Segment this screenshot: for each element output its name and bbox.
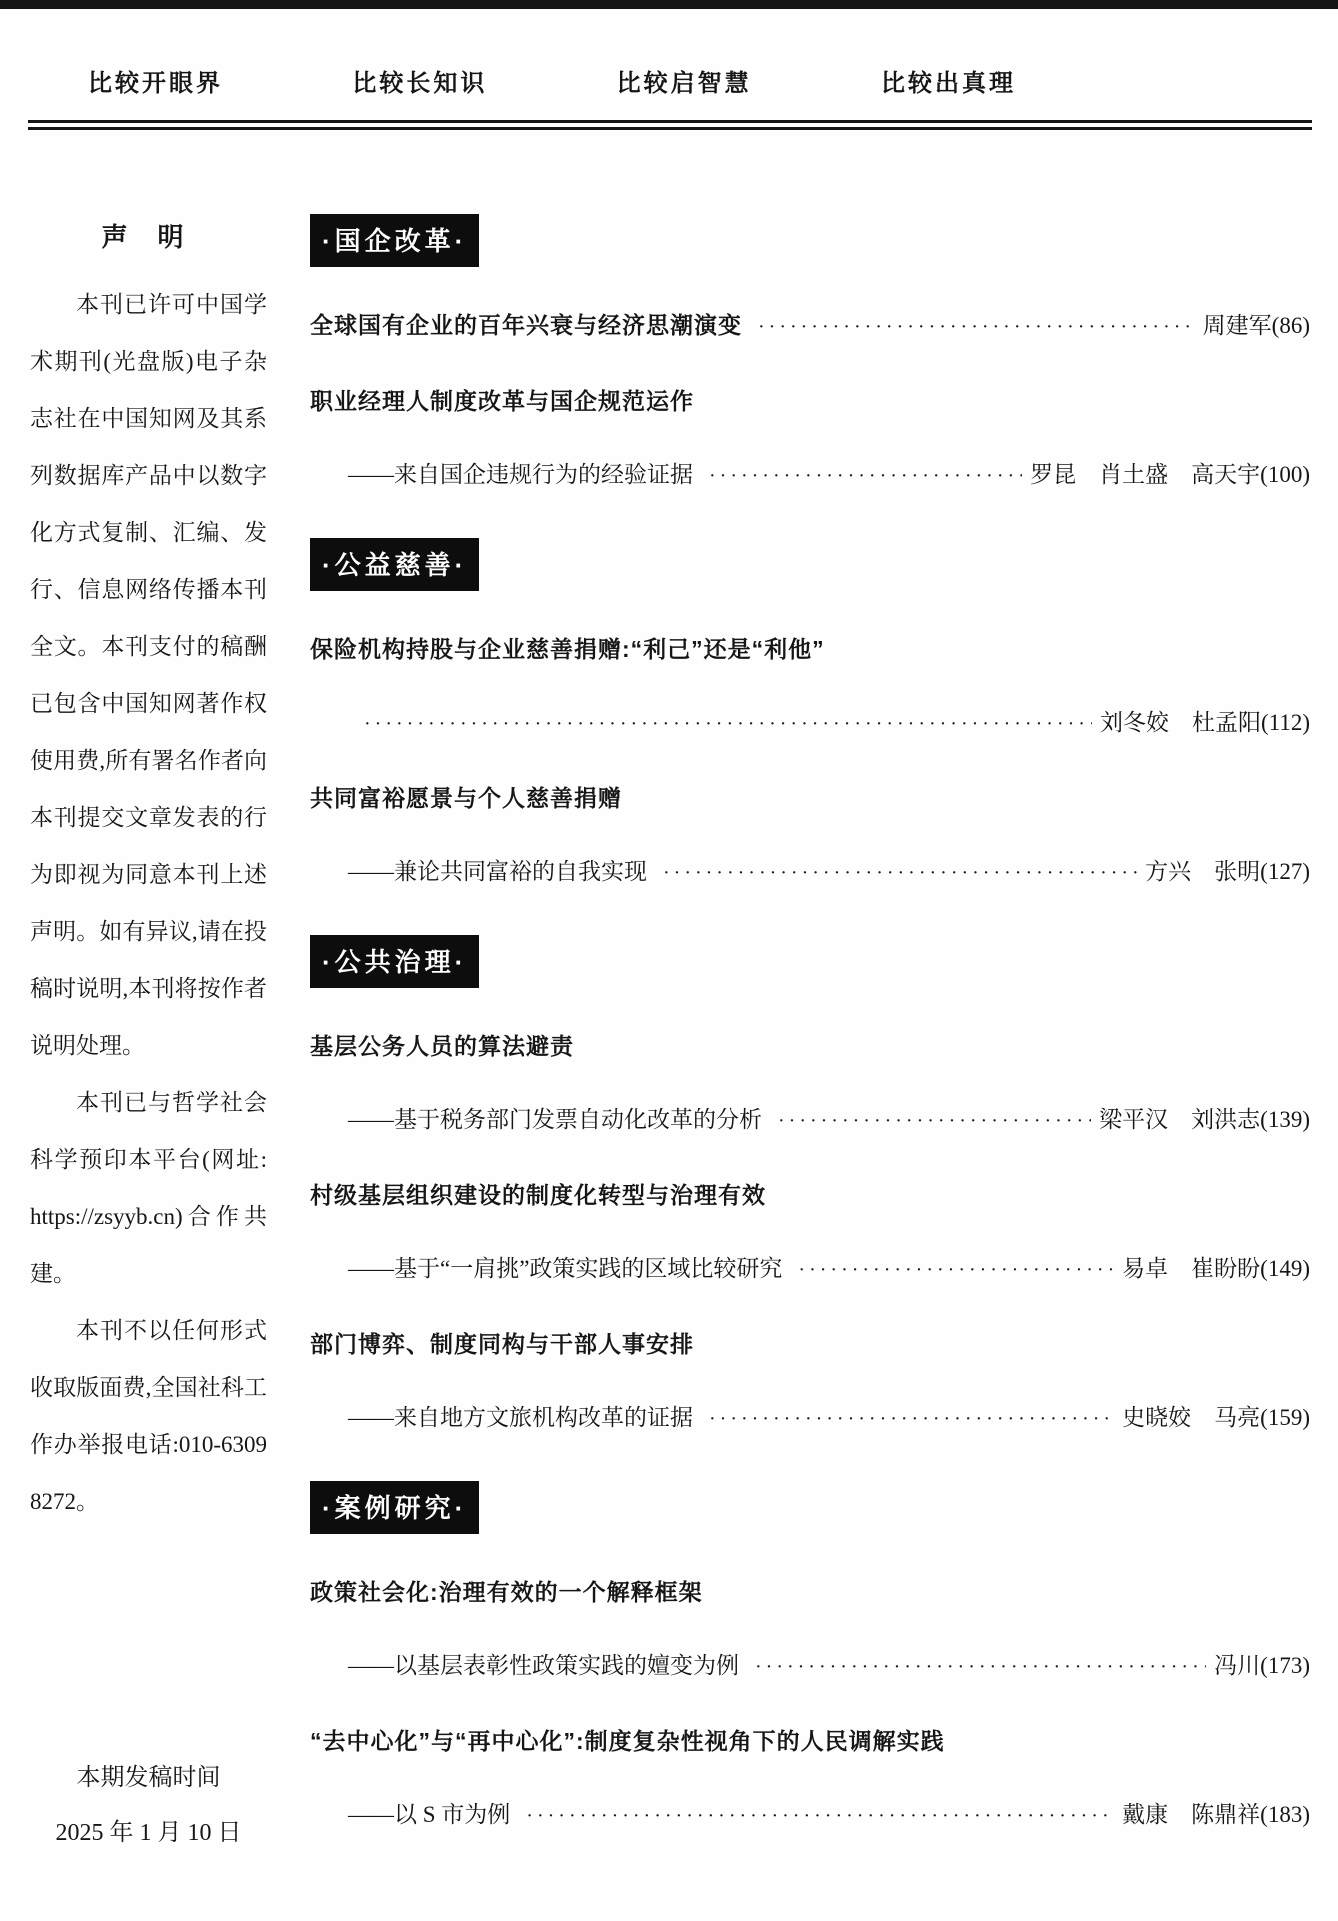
article-authors-page: 周建军(86) <box>1203 310 1310 342</box>
toc-row: ········································… <box>310 707 1310 740</box>
toc-row: 村级基层组织建设的制度化转型与治理有效 <box>310 1179 1310 1211</box>
toc-row: 基层公务人员的算法避责 <box>310 1030 1310 1062</box>
issue-date-block: 本期发稿时间 2025 年 1 月 10 日 <box>30 1751 267 1921</box>
double-rule <box>28 120 1312 130</box>
article-title: 政策社会化:治理有效的一个解释框架 <box>310 1576 703 1608</box>
toc-article: “去中心化”与“再中心化”:制度复杂性视角下的人民调解实践——以 S 市为例··… <box>310 1725 1310 1832</box>
article-subtitle: ——基于税务部门发票自动化改革的分析 <box>348 1104 762 1136</box>
issue-date-label: 本期发稿时间 <box>30 1751 267 1806</box>
toc-article: 村级基层组织建设的制度化转型与治理有效——基于“一肩挑”政策实践的区域比较研究·… <box>310 1179 1310 1286</box>
toc-article: 基层公务人员的算法避责——基于税务部门发票自动化改革的分析···········… <box>310 1030 1310 1137</box>
toc-row: ——基于税务部门发票自动化改革的分析······················… <box>310 1104 1310 1137</box>
toc-row: ——兼论共同富裕的自我实现···························… <box>310 856 1310 889</box>
toc-article: 保险机构持股与企业慈善捐赠:“利己”还是“利他”················… <box>310 633 1310 740</box>
article-title: 共同富裕愿景与个人慈善捐赠 <box>310 782 622 814</box>
section-label: ·公益慈善· <box>310 538 479 591</box>
toc-row: ——来自国企违规行为的经验证据·························… <box>310 459 1310 492</box>
toc-row: ——基于“一肩挑”政策实践的区域比较研究····················… <box>310 1253 1310 1286</box>
section-label: ·案例研究· <box>310 1481 479 1534</box>
toc-row: 部门博弈、制度同构与干部人事安排 <box>310 1328 1310 1360</box>
slogan: 比较出真理 <box>881 69 1016 99</box>
leader-dots: ········································… <box>709 1403 1114 1435</box>
toc-row: ——以基层表彰性政策实践的嬗变为例·······················… <box>310 1650 1310 1683</box>
toc-section: ·国企改革·全球国有企业的百年兴衰与经济思潮演变················… <box>310 174 1310 492</box>
article-authors-page: 方兴 张明(127) <box>1145 856 1310 888</box>
article-subtitle: ——兼论共同富裕的自我实现 <box>348 856 647 888</box>
article-title: 保险机构持股与企业慈善捐赠:“利己”还是“利他” <box>310 633 825 665</box>
top-rule <box>0 0 1338 9</box>
header-slogans: 比较开眼界 比较长知识 比较启智慧 比较出真理 <box>88 69 1016 99</box>
article-subtitle: ——以 S 市为例 <box>348 1799 510 1831</box>
toc-article: 共同富裕愿景与个人慈善捐赠——兼论共同富裕的自我实现··············… <box>310 782 1310 889</box>
statement-paragraph: 本刊已与哲学社会科学预印本平台(网址: https://zsyyb.cn)合作共… <box>30 1074 267 1302</box>
leader-dots: ········································… <box>364 708 1092 740</box>
article-subtitle: ——来自国企违规行为的经验证据 <box>348 459 693 491</box>
article-authors-page: 冯川(173) <box>1214 1650 1310 1682</box>
toc-row: ——以 S 市为例·······························… <box>310 1799 1310 1832</box>
toc: ·国企改革·全球国有企业的百年兴衰与经济思潮演变················… <box>267 174 1310 1921</box>
article-title: 村级基层组织建设的制度化转型与治理有效 <box>310 1179 766 1211</box>
toc-article: 全球国有企业的百年兴衰与经济思潮演变······················… <box>310 309 1310 343</box>
leader-dots: ········································… <box>798 1254 1114 1286</box>
toc-row: “去中心化”与“再中心化”:制度复杂性视角下的人民调解实践 <box>310 1725 1310 1757</box>
article-subtitle: ——来自地方文旅机构改革的证据 <box>348 1402 693 1434</box>
leader-dots: ········································… <box>778 1105 1091 1137</box>
statement-paragraph: 本刊不以任何形式收取版面费,全国社科工作办举报电话:010-63098272。 <box>30 1302 267 1530</box>
toc-row: 共同富裕愿景与个人慈善捐赠 <box>310 782 1310 814</box>
leader-dots: ········································… <box>758 311 1195 343</box>
leader-dots: ········································… <box>526 1800 1114 1832</box>
statement-paragraph: 本刊已许可中国学术期刊(光盘版)电子杂志社在中国知网及其系列数据库产品中以数字化… <box>30 276 267 1074</box>
toc-row: 职业经理人制度改革与国企规范运作 <box>310 385 1310 417</box>
statement-sidebar: 声 明 本刊已许可中国学术期刊(光盘版)电子杂志社在中国知网及其系列数据库产品中… <box>30 174 267 1921</box>
slogan: 比较开眼界 <box>88 69 223 99</box>
toc-row: 全球国有企业的百年兴衰与经济思潮演变······················… <box>310 309 1310 343</box>
article-title: 部门博弈、制度同构与干部人事安排 <box>310 1328 694 1360</box>
article-authors-page: 梁平汉 刘洪志(139) <box>1099 1104 1310 1136</box>
article-title: “去中心化”与“再中心化”:制度复杂性视角下的人民调解实践 <box>310 1725 945 1757</box>
section-label: ·国企改革· <box>310 214 479 267</box>
article-authors-page: 刘冬姣 杜孟阳(112) <box>1100 707 1310 739</box>
toc-section: ·公共治理·基层公务人员的算法避责——基于税务部门发票自动化改革的分析·····… <box>310 889 1310 1435</box>
toc-row: 政策社会化:治理有效的一个解释框架 <box>310 1576 1310 1608</box>
slogan: 比较长知识 <box>352 69 487 99</box>
section-label: ·公共治理· <box>310 935 479 988</box>
article-authors-page: 罗昆 肖土盛 高天宇(100) <box>1030 459 1310 491</box>
article-authors-page: 易卓 崔盼盼(149) <box>1122 1253 1310 1285</box>
page-body: 声 明 本刊已许可中国学术期刊(光盘版)电子杂志社在中国知网及其系列数据库产品中… <box>0 174 1338 1921</box>
article-subtitle: ——基于“一肩挑”政策实践的区域比较研究 <box>348 1253 782 1285</box>
article-title: 职业经理人制度改革与国企规范运作 <box>310 385 694 417</box>
leader-dots: ········································… <box>755 1651 1206 1683</box>
article-subtitle: ——以基层表彰性政策实践的嬗变为例 <box>348 1650 739 1682</box>
toc-section: ·案例研究·政策社会化:治理有效的一个解释框架——以基层表彰性政策实践的嬗变为例… <box>310 1435 1310 1832</box>
toc-article: 部门博弈、制度同构与干部人事安排——来自地方文旅机构改革的证据·········… <box>310 1328 1310 1435</box>
toc-section: ·公益慈善·保险机构持股与企业慈善捐赠:“利己”还是“利他”··········… <box>310 492 1310 889</box>
article-title: 基层公务人员的算法避责 <box>310 1030 574 1062</box>
leader-dots: ········································… <box>663 857 1137 889</box>
journal-toc-page: 比较开眼界 比较长知识 比较启智慧 比较出真理 声 明 本刊已许可中国学术期刊(… <box>0 0 1338 1921</box>
toc-article: 职业经理人制度改革与国企规范运作——来自国企违规行为的经验证据·········… <box>310 385 1310 492</box>
toc-row: 保险机构持股与企业慈善捐赠:“利己”还是“利他” <box>310 633 1310 665</box>
article-authors-page: 史晓姣 马亮(159) <box>1122 1402 1310 1434</box>
statement-title: 声 明 <box>30 220 257 256</box>
leader-dots: ········································… <box>709 460 1022 492</box>
article-authors-page: 戴康 陈鼎祥(183) <box>1122 1799 1310 1831</box>
toc-article: 政策社会化:治理有效的一个解释框架——以基层表彰性政策实践的嬗变为例······… <box>310 1576 1310 1683</box>
issue-date: 2025 年 1 月 10 日 <box>30 1806 267 1861</box>
article-title: 全球国有企业的百年兴衰与经济思潮演变 <box>310 309 742 341</box>
slogan: 比较启智慧 <box>617 69 752 99</box>
toc-row: ——来自地方文旅机构改革的证据·························… <box>310 1402 1310 1435</box>
